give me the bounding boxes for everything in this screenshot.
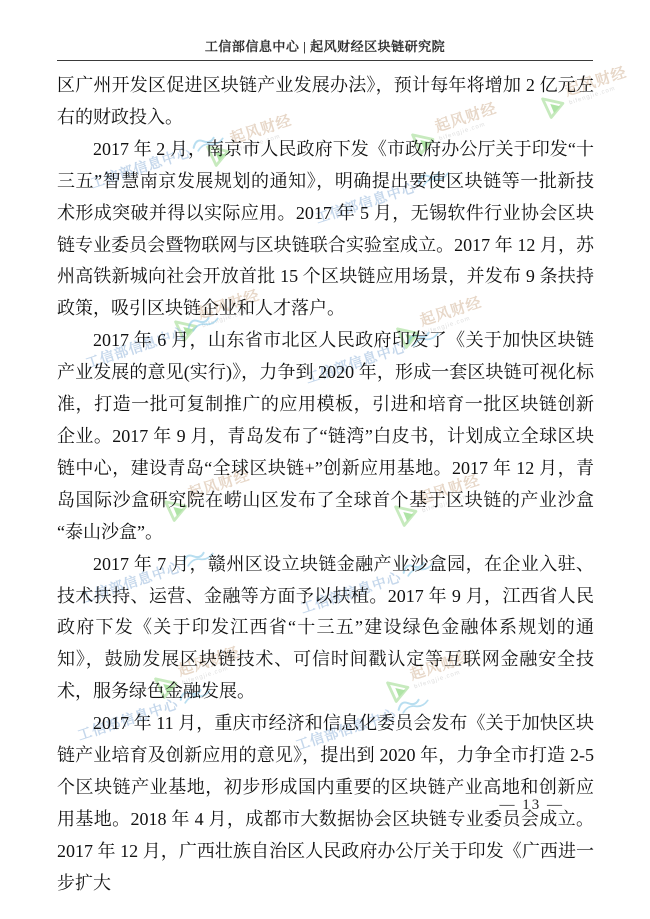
header-divider bbox=[57, 60, 593, 61]
document-page: 起风财经 bifengjie.com 起风财经 bifengjie.com 起风… bbox=[0, 0, 650, 919]
page-number: — 13 — bbox=[500, 797, 565, 814]
header-title: 工信部信息中心 | 起风财经区块链研究院 bbox=[57, 36, 593, 55]
page-header: 工信部信息中心 | 起风财经区块链研究院 bbox=[57, 36, 593, 61]
body-paragraph: 2017 年 6 月，山东省市北区人民政府印发了《关于加快区块链产业发展的意见(… bbox=[57, 325, 594, 548]
document-body: 区广州开发区促进区块链产业发展办法》，预计每年将增加 2 亿元左右的财政投入。 … bbox=[57, 70, 594, 900]
body-paragraph: 区广州开发区促进区块链产业发展办法》，预计每年将增加 2 亿元左右的财政投入。 bbox=[57, 70, 594, 134]
body-paragraph: 2017 年 7 月，赣州区设立块链金融产业沙盒园，在企业入驻、技术扶持、运营、… bbox=[57, 549, 594, 709]
body-paragraph: 2017 年 2 月，南京市人民政府下发《市政府办公厅关于印发“十三五”智慧南京… bbox=[57, 134, 594, 325]
